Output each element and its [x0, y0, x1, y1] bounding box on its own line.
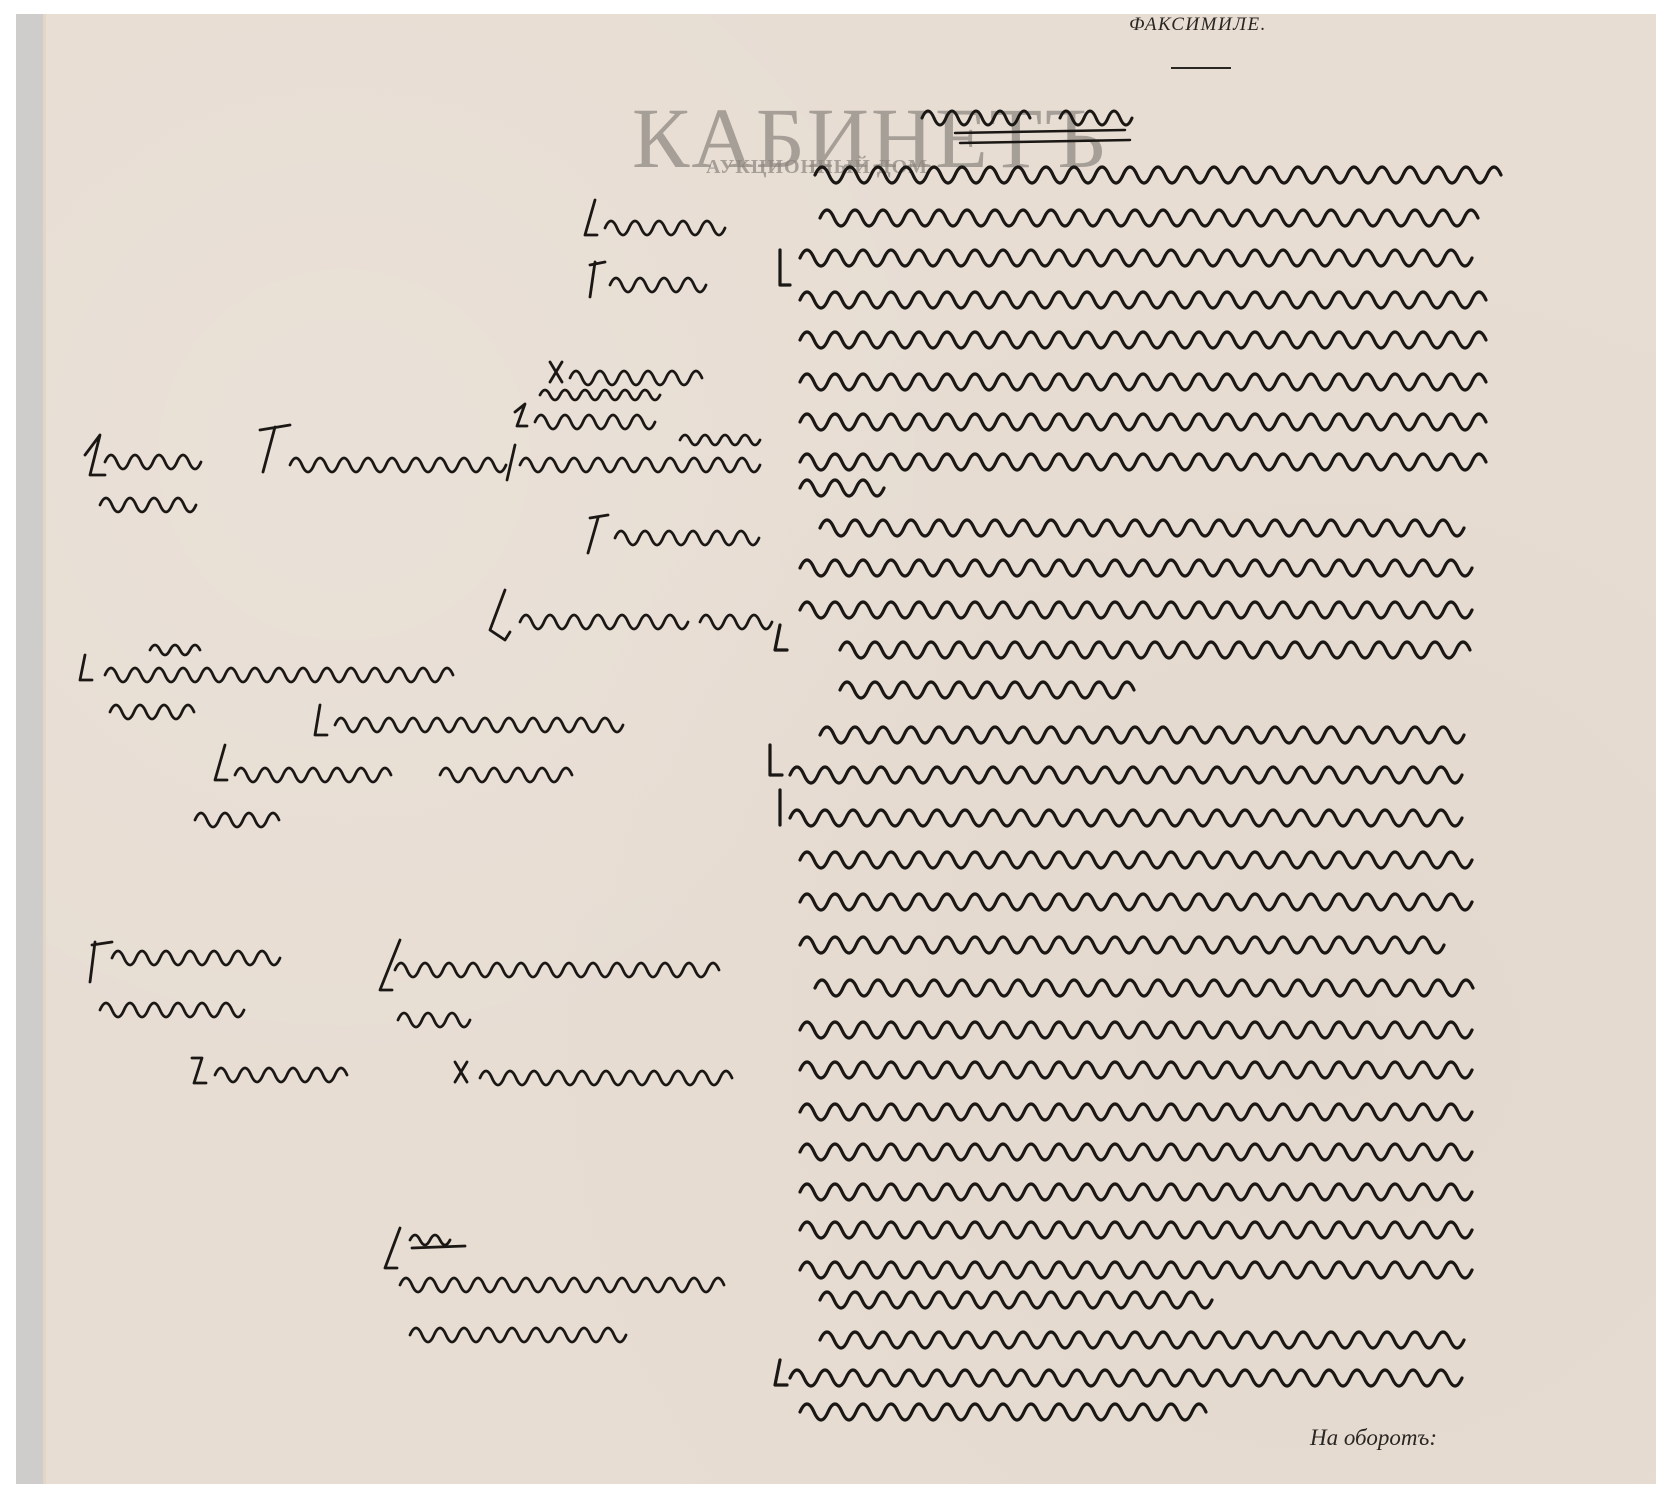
main-text-column	[770, 167, 1501, 1420]
margin-notes	[80, 200, 772, 1342]
handwritten-title	[922, 111, 1132, 125]
title-underline	[955, 130, 1130, 143]
handwritten-manuscript	[0, 0, 1673, 1500]
footer-note-overleaf: На оборотъ:	[1310, 1425, 1437, 1451]
